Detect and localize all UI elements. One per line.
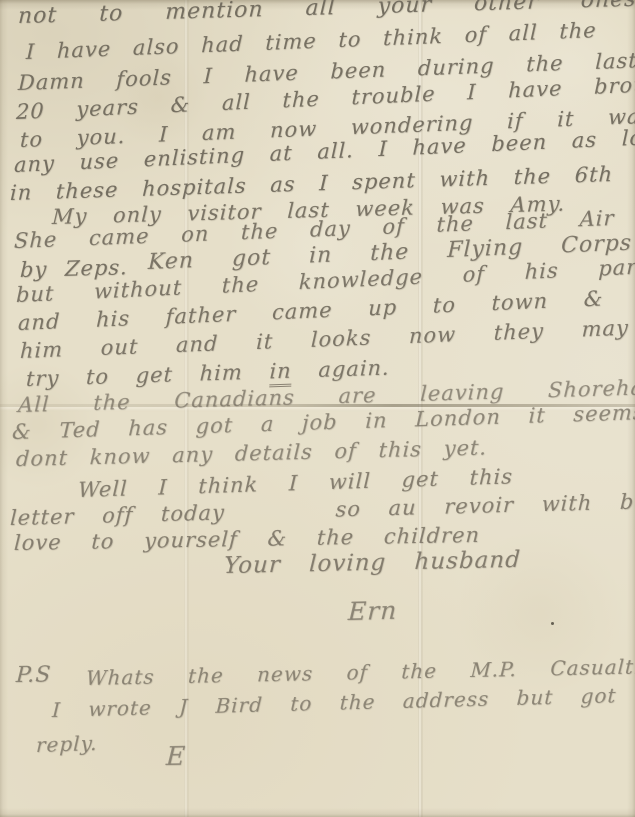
postscript-line: reply. (36, 731, 98, 757)
underlined-word: in (269, 359, 292, 388)
postscript-label: P.S (15, 662, 52, 688)
letter-line-post: again. (291, 356, 390, 383)
letter-closing: Your loving husband (223, 547, 521, 579)
letter-page: not to mention all your other ones. I ha… (0, 0, 635, 817)
paper-speck (551, 622, 554, 625)
signature: Ern (347, 596, 398, 626)
postscript-initial: E (165, 742, 187, 772)
